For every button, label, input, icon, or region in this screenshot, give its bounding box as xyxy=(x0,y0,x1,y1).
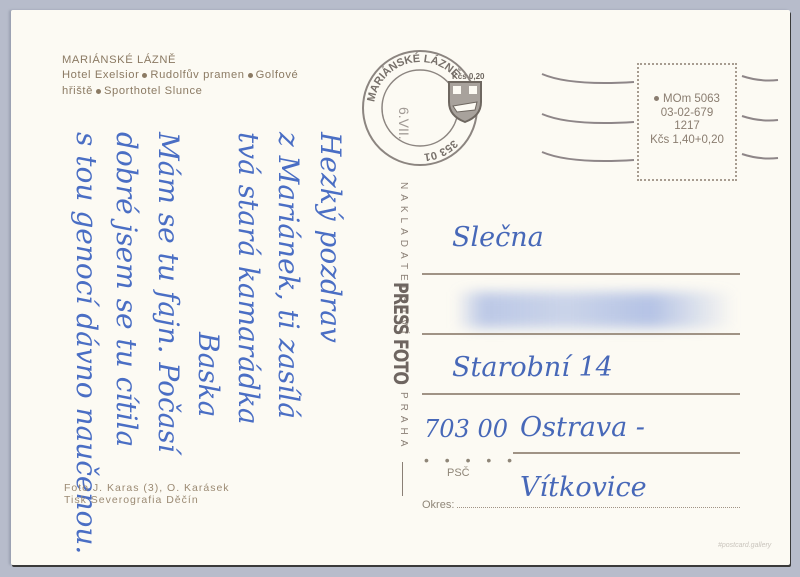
svg-text:353 01: 353 01 xyxy=(423,137,459,162)
bullet-icon xyxy=(96,89,101,94)
publisher-city: PRAHA xyxy=(398,392,409,451)
message-line: Hezký pozdrav xyxy=(314,132,347,343)
watermark: #postcard.gallery xyxy=(718,542,771,549)
photo-credit: Foto J. Karas (3), O. Karásek xyxy=(64,482,230,494)
svg-text:6.VII.: 6.VII. xyxy=(396,107,412,140)
address-line xyxy=(422,393,740,395)
caption-title: MARIÁNSKÉ LÁZNĚ xyxy=(62,53,176,67)
caption-item: hřiště xyxy=(62,85,93,97)
message-line: tvá stará kamarádka xyxy=(232,132,265,425)
bullet-icon xyxy=(142,73,147,78)
address-city: Ostrava - xyxy=(520,412,645,443)
print-credit: Tisk Severografia Děčín xyxy=(64,494,230,506)
message-line: Mám se tu fajn. Počasí xyxy=(152,132,185,453)
indicia-number: 03-02-679 xyxy=(639,107,735,121)
location-title: MARIÁNSKÉ LÁZNĚ xyxy=(62,54,176,66)
address-line xyxy=(422,333,740,335)
okres-line xyxy=(457,507,740,508)
caption-item: Rudolfův pramen xyxy=(150,69,244,81)
caption-line-2: hřištěSporthotel Slunce xyxy=(62,84,202,98)
redacted-name xyxy=(455,292,735,328)
caption-item: Sporthotel Slunce xyxy=(104,85,203,97)
indicia-code: MOm 5063 xyxy=(663,93,720,105)
signature: Baska xyxy=(192,332,225,417)
indicia-price: Kčs 1,40+0,20 xyxy=(639,134,735,148)
address-line xyxy=(422,273,740,275)
cancellation-line xyxy=(740,112,780,126)
address-district: Vítkovice xyxy=(520,472,647,503)
postal-code-value: 703 00 xyxy=(424,415,508,443)
bullet-icon xyxy=(248,73,253,78)
address-street: Starobní 14 xyxy=(452,352,613,383)
press-foto-text: PRESS FOTO xyxy=(389,282,412,384)
printed-postage-indicia: MOm 5063 03-02-679 1217 Kčs 1,40+0,20 xyxy=(637,63,737,181)
cancellation-line xyxy=(740,72,780,86)
indicia-serial: 1217 xyxy=(639,120,735,134)
cancellation-line xyxy=(740,150,780,164)
press-foto-logo: PRESS FOTO xyxy=(389,282,412,384)
message-line: dobré jsem se tu cítila xyxy=(110,132,143,447)
svg-text:Kčs 0,20: Kčs 0,20 xyxy=(452,72,485,81)
okres-label: Okres: xyxy=(422,499,454,511)
photo-credits: Foto J. Karas (3), O. Karásek Tisk Sever… xyxy=(64,482,230,506)
message-line: z Mariánek, ti zasílá xyxy=(272,132,305,419)
psc-dots: • • • • • xyxy=(424,452,518,468)
bullet-icon xyxy=(654,96,659,101)
cancellation-line xyxy=(540,112,636,126)
caption-line-1: Hotel ExelsiorRudolfův pramenGolfové xyxy=(62,68,298,82)
cancellation-line xyxy=(540,150,636,164)
cancellation-line xyxy=(540,72,636,86)
address-salutation: Slečna xyxy=(452,222,544,253)
divider-line xyxy=(402,462,403,496)
shield-ship-icon: Kčs 0,20 xyxy=(435,72,495,124)
caption-item: Hotel Exelsior xyxy=(62,69,139,81)
caption-item: Golfové xyxy=(256,69,299,81)
address-line xyxy=(513,452,740,454)
psc-label: PSČ xyxy=(447,467,470,479)
